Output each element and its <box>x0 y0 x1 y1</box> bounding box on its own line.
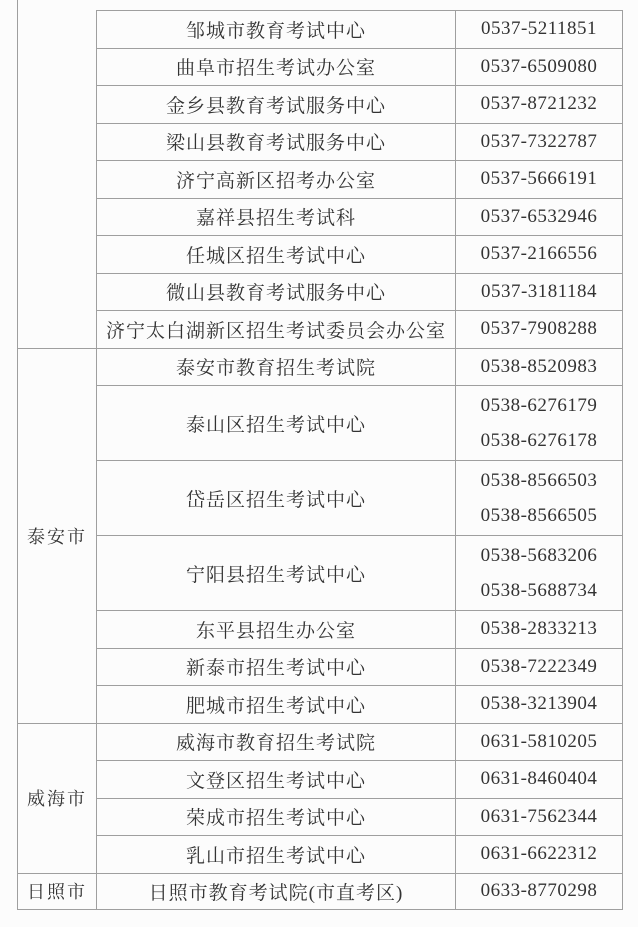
phone-number: 0537-8721232 <box>481 92 598 116</box>
city-cell: 泰安市 <box>17 349 96 724</box>
phone-cell: 0537-7908288 <box>455 311 623 349</box>
phone-number: 0538-2833213 <box>481 617 598 641</box>
phone-number: 0538-8566503 <box>481 469 598 493</box>
phone-number: 0631-8460404 <box>481 767 598 791</box>
phone-cell: 0538-8520983 <box>455 349 623 387</box>
org-cell: 微山县教育考试服务中心 <box>96 274 455 312</box>
phone-number: 0538-3213904 <box>481 692 598 716</box>
phone-number: 0537-2166556 <box>481 242 598 266</box>
contact-table: 邹城市教育考试中心0537-5211851曲阜市招生考试办公室0537-6509… <box>17 0 623 910</box>
org-cell: 金乡县教育考试服务中心 <box>96 86 455 124</box>
org-cell: 荣成市招生考试中心 <box>96 799 455 837</box>
phone-cell: 0631-5810205 <box>455 724 623 762</box>
phone-cell: 0633-8770298 <box>455 874 623 911</box>
org-cell: 文登区招生考试中心 <box>96 761 455 799</box>
phone-number: 0538-8566505 <box>481 504 598 528</box>
phone-number: 0537-6509080 <box>481 55 598 79</box>
phone-number: 0538-6276179 <box>481 394 598 418</box>
org-cell: 新泰市招生考试中心 <box>96 649 455 687</box>
city-cell: 日照市 <box>17 874 96 911</box>
phone-cell: 0538-62761790538-6276178 <box>455 386 623 461</box>
phone-number: 0538-5688734 <box>481 579 598 603</box>
phone-number: 0631-7562344 <box>481 805 598 829</box>
phone-cell: 0538-2833213 <box>455 611 623 649</box>
org-cell: 济宁高新区招考办公室 <box>96 161 455 199</box>
phone-cell: 0537-6532946 <box>455 199 623 237</box>
org-cell: 泰山区招生考试中心 <box>96 386 455 461</box>
phone-cell: 0537-8721232 <box>455 86 623 124</box>
phone-cell: 0537-5211851 <box>455 11 623 49</box>
phone-number: 0633-8770298 <box>481 879 598 903</box>
org-cell: 岱岳区招生考试中心 <box>96 461 455 536</box>
org-cell: 曲阜市招生考试办公室 <box>96 49 455 87</box>
org-cell: 宁阳县招生考试中心 <box>96 536 455 611</box>
org-cell: 嘉祥县招生考试科 <box>96 199 455 237</box>
phone-number: 0537-3181184 <box>481 280 597 304</box>
table-top-filler <box>455 0 623 11</box>
phone-cell: 0631-6622312 <box>455 836 623 874</box>
phone-cell: 0538-3213904 <box>455 686 623 724</box>
org-cell: 日照市教育考试院(市直考区) <box>96 874 455 911</box>
phone-number: 0631-5810205 <box>481 730 598 754</box>
org-cell: 肥城市招生考试中心 <box>96 686 455 724</box>
phone-cell: 0537-3181184 <box>455 274 623 312</box>
phone-number: 0537-7908288 <box>481 317 598 341</box>
phone-cell: 0538-85665030538-8566505 <box>455 461 623 536</box>
org-cell: 梁山县教育考试服务中心 <box>96 124 455 162</box>
phone-number: 0538-5683206 <box>481 544 598 568</box>
org-cell: 乳山市招生考试中心 <box>96 836 455 874</box>
phone-number: 0538-6276178 <box>481 429 598 453</box>
phone-number: 0538-8520983 <box>481 355 598 379</box>
phone-number: 0537-7322787 <box>481 130 598 154</box>
org-cell: 任城区招生考试中心 <box>96 236 455 274</box>
phone-number: 0537-5211851 <box>481 17 597 41</box>
phone-cell: 0538-56832060538-5688734 <box>455 536 623 611</box>
org-cell: 威海市教育招生考试院 <box>96 724 455 762</box>
phone-number: 0631-6622312 <box>481 842 598 866</box>
phone-number: 0537-6532946 <box>481 205 598 229</box>
phone-cell: 0537-7322787 <box>455 124 623 162</box>
phone-cell: 0538-7222349 <box>455 649 623 687</box>
org-cell: 泰安市教育招生考试院 <box>96 349 455 387</box>
table-top-filler <box>96 0 455 11</box>
phone-cell: 0537-5666191 <box>455 161 623 199</box>
org-cell: 邹城市教育考试中心 <box>96 11 455 49</box>
phone-cell: 0631-7562344 <box>455 799 623 837</box>
phone-cell: 0537-2166556 <box>455 236 623 274</box>
phone-cell: 0631-8460404 <box>455 761 623 799</box>
city-cell <box>17 0 96 349</box>
phone-number: 0537-5666191 <box>481 167 598 191</box>
phone-number: 0538-7222349 <box>481 655 598 679</box>
org-cell: 济宁太白湖新区招生考试委员会办公室 <box>96 311 455 349</box>
city-cell: 威海市 <box>17 724 96 874</box>
org-cell: 东平县招生办公室 <box>96 611 455 649</box>
phone-cell: 0537-6509080 <box>455 49 623 87</box>
